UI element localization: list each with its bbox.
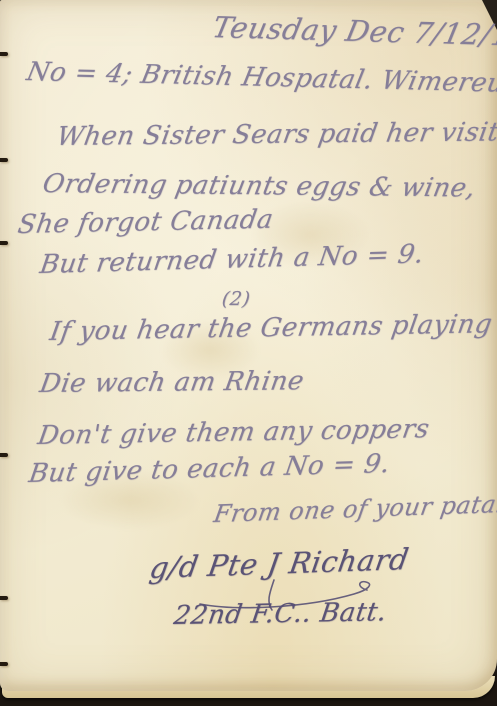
unit-line: 22nd F.C.. Batt. <box>172 597 389 631</box>
poem-line: But returned with a No = 9. <box>38 239 426 280</box>
hospital-address-line: No = 4; British Hospatal. Wimereux. <box>24 57 497 99</box>
stitch-mark <box>0 52 8 56</box>
verse-number: (2) <box>221 288 252 310</box>
poem-line: Ordering patiunts eggs & wine, <box>40 169 478 203</box>
poem-line: Die wach am Rhine <box>38 366 307 399</box>
autograph-book-spread: Teusday Dec 7/12/15 No = 4; British Hosp… <box>0 0 497 706</box>
stitch-mark <box>0 662 8 666</box>
album-page: Teusday Dec 7/12/15 No = 4; British Hosp… <box>0 0 497 691</box>
date-line: Teusday Dec 7/12/15 <box>210 10 497 53</box>
poem-line: But give to each a No = 9. <box>27 449 392 489</box>
stitch-mark <box>0 453 8 457</box>
stitch-mark <box>0 241 8 245</box>
stitch-mark <box>0 596 8 600</box>
attribution-line: From one of your pataints <box>212 488 497 528</box>
poem-line: She forgot Canada <box>16 205 276 240</box>
poem-line: When Sister Sears paid her visit <box>55 117 497 152</box>
stitch-mark <box>0 158 8 162</box>
poem-line: If you hear the Germans playing <box>48 309 495 347</box>
poem-line: Don't give them any coppers <box>36 414 432 451</box>
